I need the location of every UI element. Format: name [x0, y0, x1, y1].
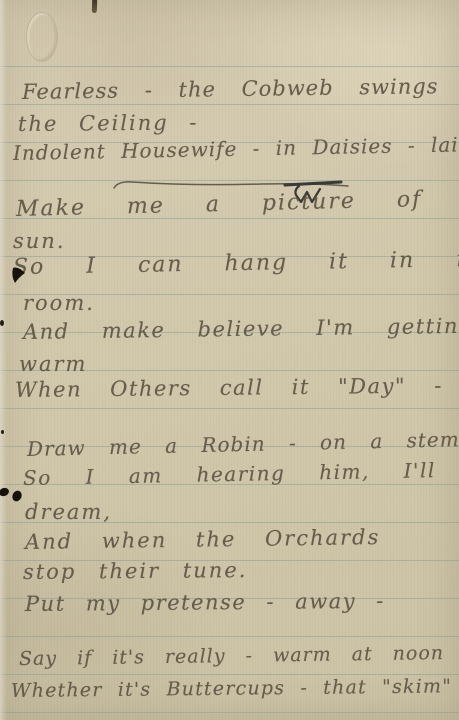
manuscript-line: When Others call it "Day" -: [15, 376, 443, 401]
embossed-stamp-icon: [26, 12, 58, 62]
manuscript-line: Indolent Housewife - in Daisies - lain!: [13, 134, 459, 163]
manuscript-line: sun.: [13, 231, 66, 252]
manuscript-line: Fearless - the Cobweb swings from: [22, 75, 459, 103]
manuscript-line: dream,: [25, 502, 112, 523]
manuscript-page: Fearless - the Cobweb swings from the Ce…: [0, 0, 459, 720]
manuscript-line: stop their tune.: [23, 560, 248, 583]
manuscript-line: So I can hang it in my: [13, 249, 459, 279]
ink-blot-lower: [0, 486, 26, 504]
manuscript-line: Say if it's really - warm at noon -: [19, 644, 459, 669]
manuscript-line: Put my pretense - away -: [25, 591, 385, 615]
manuscript-line: Draw me a Robin - on a stem -: [27, 428, 459, 459]
manuscript-line: Whether it's Buttercups - that "skim" -: [11, 677, 459, 701]
page-left-edge: [0, 0, 7, 720]
manuscript-line: the Ceiling -: [18, 112, 199, 135]
manuscript-line: warm: [19, 354, 87, 375]
manuscript-line: room.: [23, 293, 95, 314]
margin-speck: [0, 320, 4, 326]
top-edge-ink-mark: [92, 0, 97, 13]
manuscript-line: So I am hearing him, I'll: [23, 460, 436, 488]
ink-blot-upper: [10, 265, 28, 285]
manuscript-line: Make me a picture of the: [16, 187, 459, 221]
margin-speck: [1, 430, 4, 434]
manuscript-line: And make believe I'm getting: [23, 316, 459, 343]
manuscript-line: And when the Orchards: [25, 527, 381, 553]
